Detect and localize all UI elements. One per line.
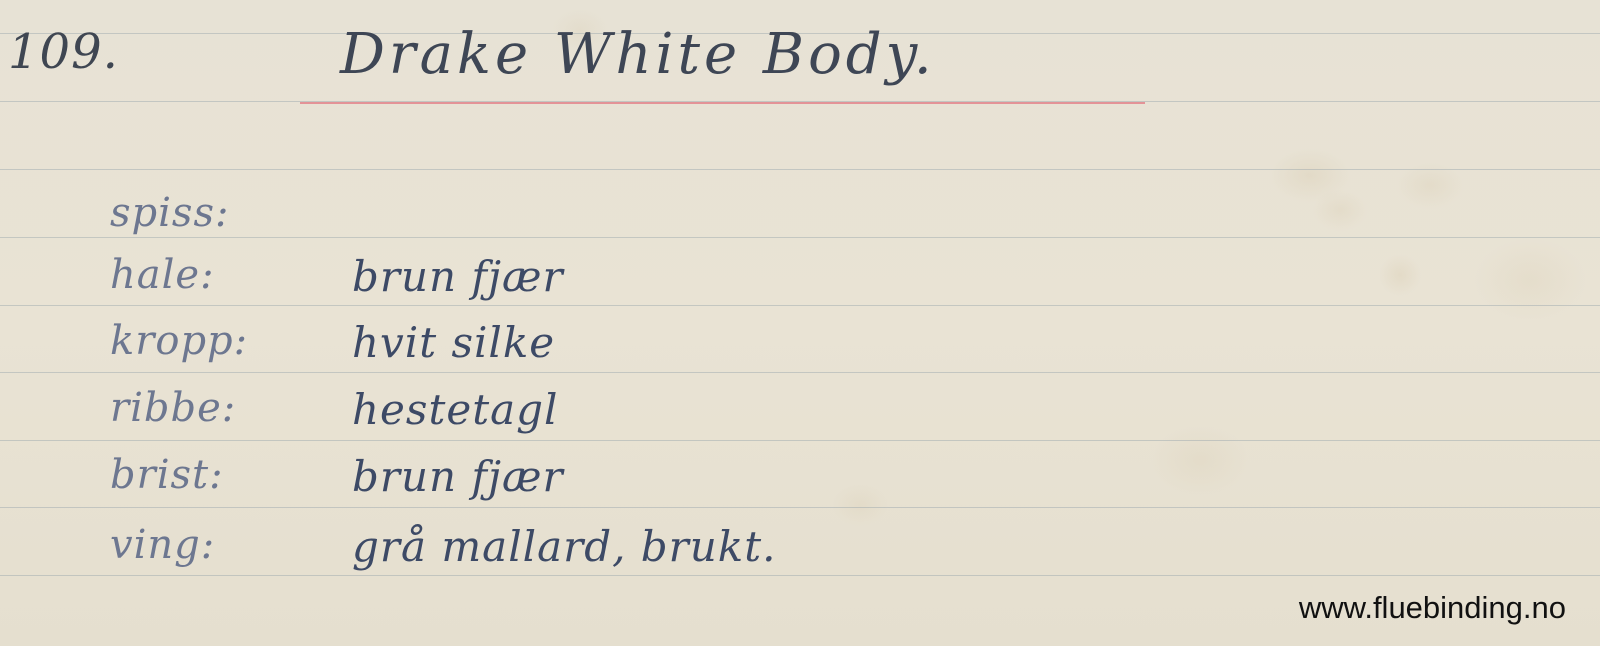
recipe-value: grå mallard, brukt. bbox=[352, 522, 776, 571]
recipe-value: hvit silke bbox=[352, 318, 555, 367]
recipe-row-brist: brist: brun fjær bbox=[0, 452, 1600, 512]
recipe-label: ribbe: bbox=[110, 385, 236, 431]
recipe-label: kropp: bbox=[110, 318, 248, 364]
title-underline bbox=[300, 102, 1145, 104]
recipe-row-kropp: kropp: hvit silke bbox=[0, 318, 1600, 378]
recipe-value: hestetagl bbox=[352, 385, 558, 434]
recipe-label: hale: bbox=[110, 252, 215, 298]
entry-number: 109. bbox=[8, 24, 119, 80]
ruled-line bbox=[0, 169, 1600, 170]
website-watermark: www.fluebinding.no bbox=[1299, 590, 1566, 626]
page-title: Drake White Body. bbox=[340, 22, 936, 87]
recipe-value: brun fjær bbox=[352, 252, 564, 301]
recipe-row-spiss: spiss: bbox=[0, 190, 1600, 250]
recipe-label: brist: bbox=[110, 452, 224, 498]
recipe-value: brun fjær bbox=[352, 452, 564, 501]
notebook-page: 109. Drake White Body. spiss: hale: brun… bbox=[0, 0, 1600, 646]
recipe-row-ribbe: ribbe: hestetagl bbox=[0, 385, 1600, 445]
recipe-label: ving: bbox=[110, 522, 215, 568]
recipe-row-hale: hale: brun fjær bbox=[0, 252, 1600, 312]
recipe-row-ving: ving: grå mallard, brukt. bbox=[0, 522, 1600, 582]
recipe-label: spiss: bbox=[110, 190, 229, 236]
